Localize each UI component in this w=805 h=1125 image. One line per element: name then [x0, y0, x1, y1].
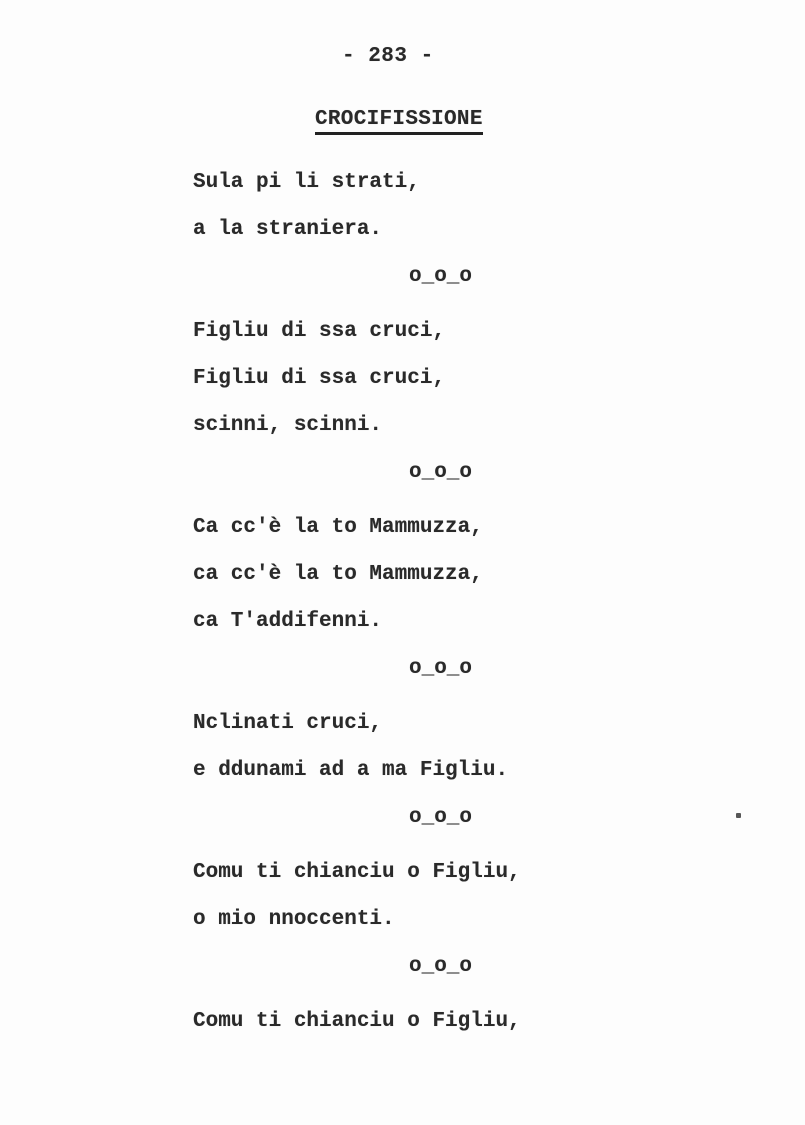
stanza-separator: o_o_o	[409, 262, 521, 292]
stanza-separator: o_o_o	[409, 803, 521, 833]
poem-line: Figliu di ssa cruci,	[193, 364, 521, 394]
page-number: - 283 -	[342, 45, 434, 68]
poem-line: Comu ti chianciu o Figliu,	[193, 858, 521, 888]
poem-body: Sula pi li strati,a la straniera.o_o_oFi…	[193, 168, 521, 1054]
poem-line: e ddunami ad a ma Figliu.	[193, 756, 521, 786]
poem-line: Nclinati cruci,	[193, 709, 521, 739]
poem-line: Ca cc'è la to Mammuzza,	[193, 513, 521, 543]
poem-line: Comu ti chianciu o Figliu,	[193, 1007, 521, 1037]
poem-line: ca T'addifenni.	[193, 607, 521, 637]
poem-line: ca cc'è la to Mammuzza,	[193, 560, 521, 590]
poem-line: Sula pi li strati,	[193, 168, 521, 198]
stanza-separator: o_o_o	[409, 952, 521, 982]
poem-line: a la straniera.	[193, 215, 521, 245]
poem-line: Figliu di ssa cruci,	[193, 317, 521, 347]
stanza-separator: o_o_o	[409, 654, 521, 684]
poem-line: scinni, scinni.	[193, 411, 521, 441]
scanned-document-page: - 283 - CROCIFISSIONE Sula pi li strati,…	[0, 0, 805, 1125]
ink-speck	[736, 813, 741, 818]
stanza-separator: o_o_o	[409, 458, 521, 488]
poem-line: o mio nnoccenti.	[193, 905, 521, 935]
poem-title: CROCIFISSIONE	[315, 108, 483, 135]
